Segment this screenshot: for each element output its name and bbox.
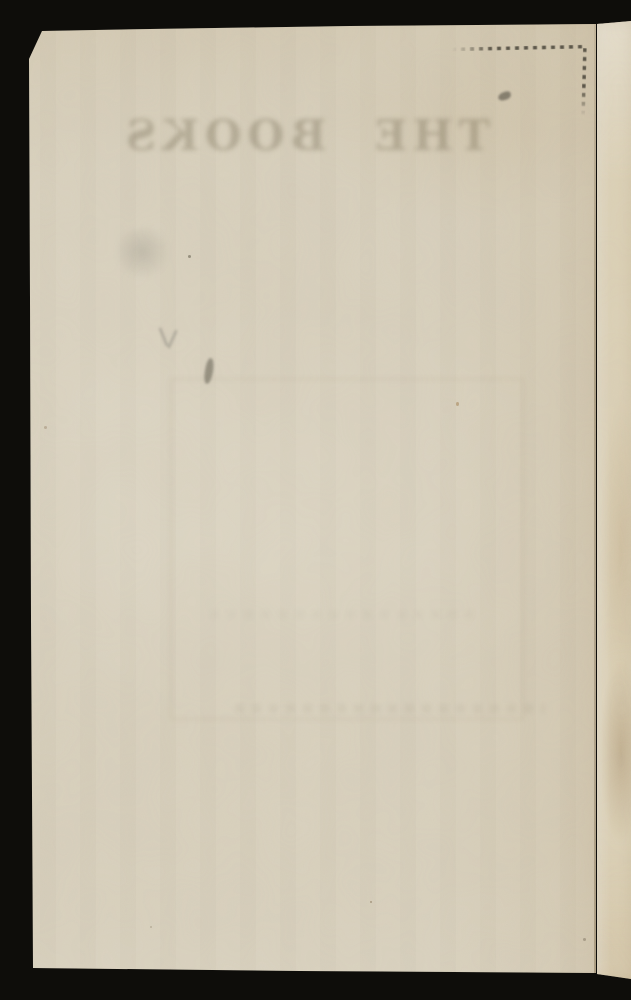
show-through-title-text: THE BOOKS bbox=[146, 106, 464, 164]
gray-smudge bbox=[108, 221, 177, 288]
scanned-book-page: THE BOOKS bbox=[0, 0, 631, 1000]
show-through-frame-rect bbox=[170, 378, 524, 720]
page-crease-line bbox=[594, 24, 596, 973]
paper-speck bbox=[583, 938, 586, 941]
adjacent-page-edge bbox=[596, 21, 631, 979]
ink-offset-mark bbox=[497, 91, 512, 102]
paper-speck bbox=[188, 255, 191, 258]
show-through-text-band bbox=[210, 610, 480, 619]
stamp-offset-dashed-line-vertical bbox=[581, 48, 587, 116]
pencil-stroke bbox=[158, 327, 168, 346]
paper-speck bbox=[150, 926, 152, 928]
stamp-offset-dashed-line-horizontal bbox=[452, 45, 585, 52]
paper-speck bbox=[44, 426, 47, 429]
paper-speck bbox=[370, 901, 372, 903]
book-page-verso: THE BOOKS bbox=[0, 0, 631, 1000]
show-through-text-band bbox=[235, 704, 545, 713]
pencil-stroke bbox=[167, 329, 177, 348]
paper-speck bbox=[456, 402, 459, 406]
pencil-smudge bbox=[154, 324, 184, 352]
